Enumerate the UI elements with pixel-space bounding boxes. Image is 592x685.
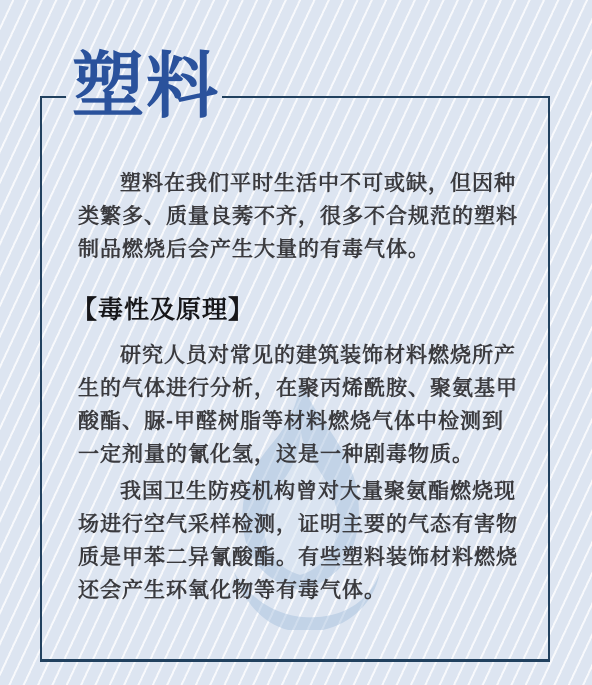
text-line: 质是甲苯二异氰酸酯。有些塑料装饰材料燃烧	[78, 541, 524, 574]
article-body: 塑料在我们平时生活中不可或缺，但因种类繁多、质量良莠不齐，很多不合规范的塑料制品…	[42, 167, 548, 607]
text-line: 类繁多、质量良莠不齐，很多不合规范的塑料	[78, 200, 524, 233]
text-line: 场进行空气采样检测，证明主要的气态有害物	[78, 508, 524, 541]
text-line: 制品燃烧后会产生大量的有毒气体。	[78, 233, 524, 266]
intro-paragraph: 塑料在我们平时生活中不可或缺，但因种类繁多、质量良莠不齐，很多不合规范的塑料制品…	[78, 167, 524, 266]
text-line: 我国卫生防疫机构曾对大量聚氨酯燃烧现	[78, 475, 524, 508]
toxicity-paragraph-research: 研究人员对常见的建筑装饰材料燃烧所产生的气体进行分析，在聚丙烯酰胺、聚氨基甲酸酯…	[78, 339, 524, 471]
text-line: 酸酯、脲-甲醛树脂等材料燃烧气体中检测到	[78, 405, 524, 438]
text-line: 一定剂量的氰化氢，这是一种剧毒物质。	[78, 438, 524, 471]
text-line: 生的气体进行分析，在聚丙烯酰胺、聚氨基甲	[78, 372, 524, 405]
text-line: 塑料在我们平时生活中不可或缺，但因种	[78, 167, 524, 200]
text-line: 还会产生环氧化物等有毒气体。	[78, 574, 524, 607]
page-background: 塑料 塑料在我们平时生活中不可或缺，但因种类繁多、质量良莠不齐，很多不合规范的塑…	[0, 0, 592, 685]
text-line: 研究人员对常见的建筑装饰材料燃烧所产	[78, 339, 524, 372]
toxicity-paragraph-sampling: 我国卫生防疫机构曾对大量聚氨酯燃烧现场进行空气采样检测，证明主要的气态有害物质是…	[78, 475, 524, 607]
section-header: 【毒性及原理】	[72, 295, 524, 325]
